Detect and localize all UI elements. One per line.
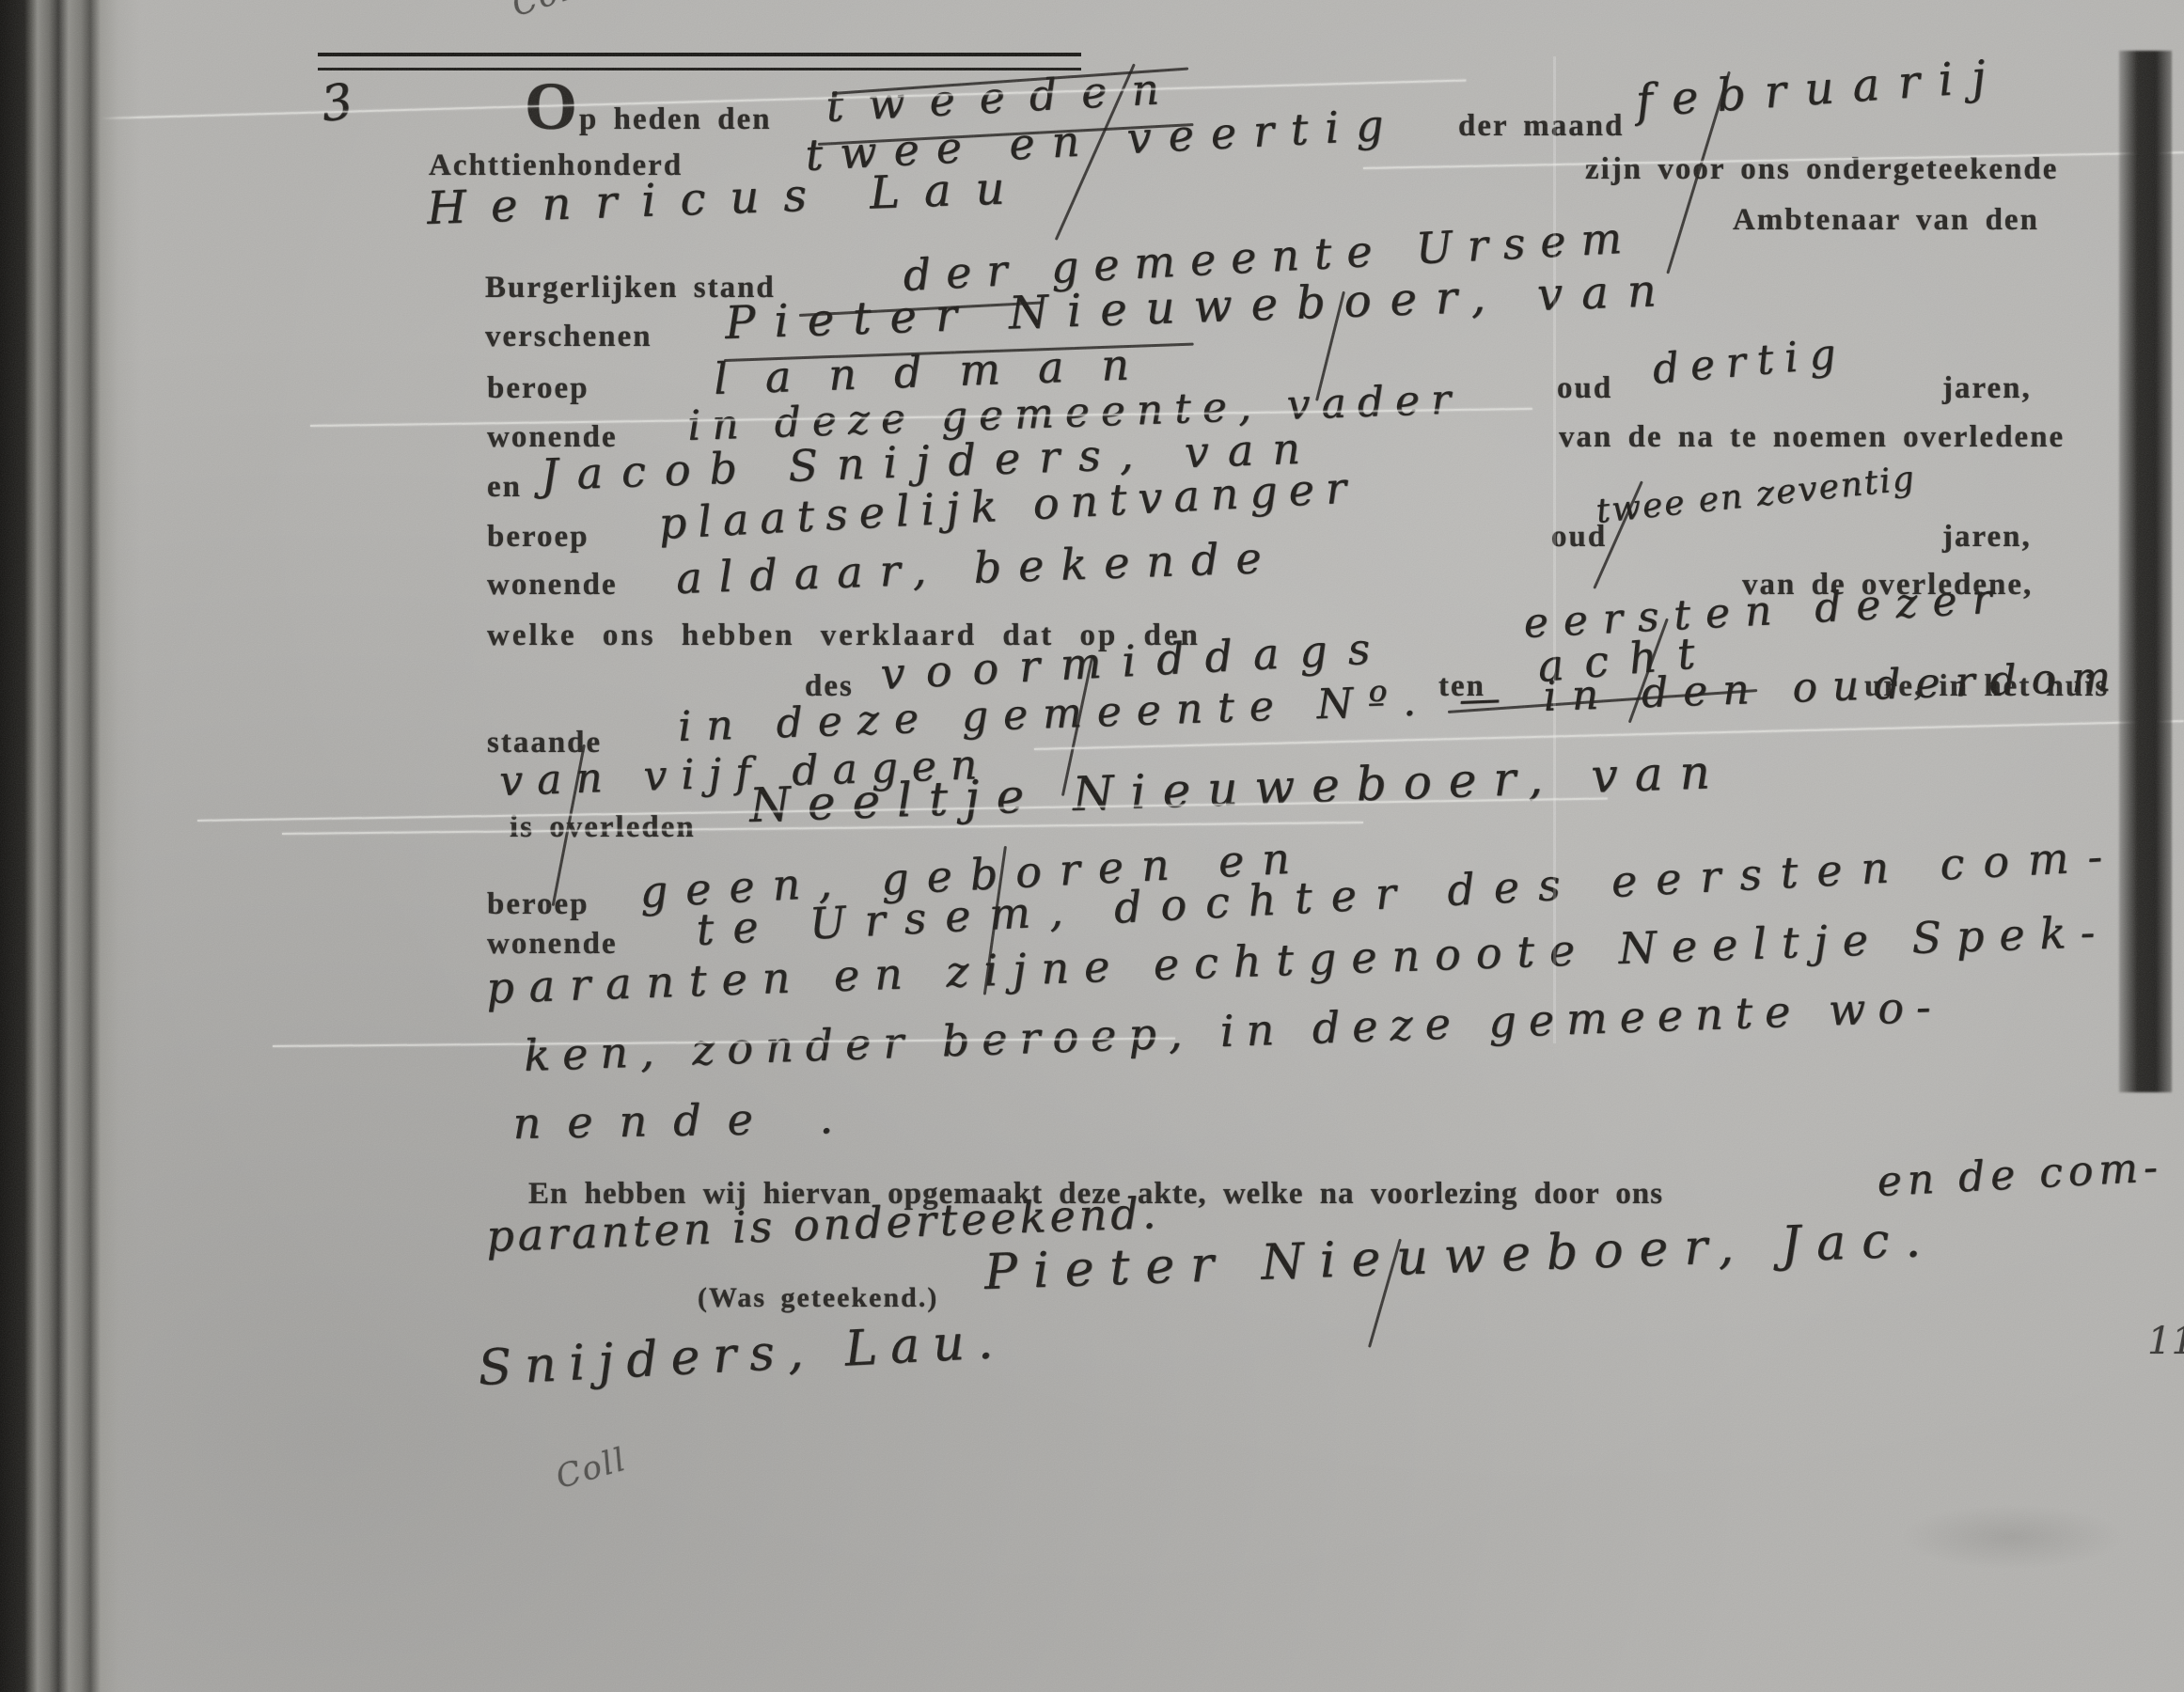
- printed-month-label: der maand: [1458, 109, 1625, 143]
- printed-residence-label-2: wonende: [487, 568, 618, 602]
- printed-jaren-1: jaren,: [1942, 371, 2032, 405]
- margin-page-number: 11: [2147, 1320, 2184, 1363]
- printed-before-us: zijn voor ons ondergeteekende: [1585, 152, 2058, 186]
- entry-continuation-3: nende .: [512, 1092, 859, 1149]
- archivist-note-top: Coll: [508, 0, 588, 24]
- printed-date-intro: Op heden den: [525, 86, 772, 136]
- archivist-note-bottom: Coll: [552, 1441, 631, 1496]
- printed-relation-1: van de na te noemen overledene: [1559, 420, 2065, 454]
- entry-age-1: dertig: [1651, 329, 1849, 394]
- printed-official-title: Ambtenaar van den: [1733, 203, 2039, 237]
- act-number: 3: [318, 72, 360, 133]
- printed-appeared: verschenen: [485, 320, 652, 353]
- printed-en: en: [487, 470, 522, 504]
- entry-month: februarij: [1634, 50, 2006, 128]
- printed-residence-label-3: wonende: [487, 927, 618, 961]
- printed-jaren-2: jaren,: [1942, 520, 2032, 554]
- printed-oud-1: oud: [1557, 371, 1612, 405]
- entry-age-2: twee en zeventig: [1595, 460, 1918, 531]
- gutter-shadow-right: [2119, 51, 2172, 1092]
- printed-was-geteekend: (Was geteekend.): [698, 1282, 938, 1313]
- book-binding-shadow: [0, 0, 141, 1692]
- smudge: [1899, 1504, 2125, 1570]
- header-double-rule: [318, 53, 1081, 70]
- printed-occupation-label-1: beroep: [487, 371, 589, 405]
- signature-line-2: Snijders, Lau.: [477, 1313, 1007, 1397]
- fold-line: [1553, 56, 1556, 1043]
- scanned-death-record: Coll Coll 11 3 Op heden den tweeden der …: [0, 0, 2184, 1692]
- entry-closing: en de com-: [1876, 1143, 2164, 1206]
- printed-occupation-label-3: beroep: [487, 887, 589, 921]
- printed-occupation-label-2: beroep: [487, 520, 589, 554]
